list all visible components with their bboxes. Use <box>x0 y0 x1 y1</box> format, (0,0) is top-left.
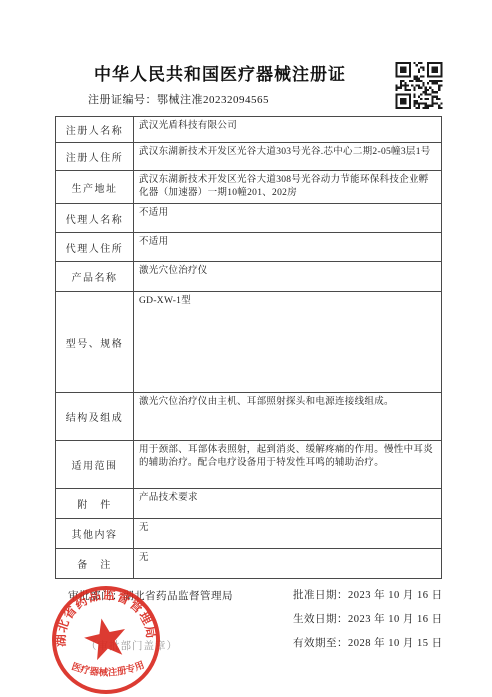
table-row: 注册人住所 武汉东湖新技术开发区光谷大道303号光谷.芯中心二期2-05幢3层1… <box>56 143 441 171</box>
row-value: 武汉东湖新技术开发区光谷大道308号光谷动力节能环保科技企业孵化器（加速器）一期… <box>134 171 441 203</box>
expiry-date-value: 2028 年 10 月 15 日 <box>348 638 443 649</box>
table-row: 适用范围 用于颈部、耳部体表照射，起到消炎、缓解疼痛的作用。慢性中耳炎的辅助治疗… <box>56 441 441 489</box>
row-label: 代理人住所 <box>56 233 134 261</box>
row-label: 附 件 <box>56 489 134 518</box>
registration-number-label: 注册证编号： <box>88 94 157 106</box>
table-row: 附 件 产品技术要求 <box>56 489 441 519</box>
row-label: 生产地址 <box>56 171 134 203</box>
registration-number-value: 鄂械注准20232094565 <box>157 94 269 106</box>
row-value: 不适用 <box>134 204 441 232</box>
certificate-title: 中华人民共和国医疗器械注册证 <box>0 60 440 85</box>
row-value: 无 <box>134 549 441 578</box>
effective-date-label: 生效日期： <box>293 614 348 625</box>
row-label: 备 注 <box>56 549 134 578</box>
approval-date-value: 2023 年 10 月 16 日 <box>348 590 443 601</box>
table-row: 生产地址 武汉东湖新技术开发区光谷大道308号光谷动力节能环保科技企业孵化器（加… <box>56 171 441 204</box>
effective-date: 生效日期：2023 年 10 月 16 日 <box>293 611 443 635</box>
row-value: GD-XW-1型 <box>134 292 441 392</box>
table-row: 结构及组成 激光穴位治疗仪由主机、耳部照射探头和电源连接线组成。 <box>56 393 441 441</box>
official-seal: 湖北省药品监督管理局 医疗器械注册专用章 <box>50 584 162 696</box>
table-row: 备 注 无 <box>56 549 441 579</box>
certificate-table: 注册人名称 武汉光盾科技有限公司 注册人住所 武汉东湖新技术开发区光谷大道303… <box>55 116 442 579</box>
row-value: 无 <box>134 519 441 548</box>
table-row: 注册人名称 武汉光盾科技有限公司 <box>56 117 441 143</box>
expiry-date-label: 有效期至： <box>293 638 348 649</box>
expiry-date: 有效期至：2028 年 10 月 15 日 <box>293 635 443 659</box>
certificate-page: 中华人民共和国医疗器械注册证 注册证编号：鄂械注准20232094565 注册人… <box>0 0 492 697</box>
row-value: 激光穴位治疗仪 <box>134 262 441 291</box>
date-block: 批准日期：2023 年 10 月 16 日 生效日期：2023 年 10 月 1… <box>293 587 443 659</box>
row-label: 结构及组成 <box>56 393 134 440</box>
row-value: 用于颈部、耳部体表照射，起到消炎、缓解疼痛的作用。慢性中耳炎的辅助治疗。配合电疗… <box>134 441 441 488</box>
table-row: 其他内容 无 <box>56 519 441 549</box>
table-row: 代理人名称 不适用 <box>56 204 441 233</box>
registration-number: 注册证编号：鄂械注准20232094565 <box>88 91 269 107</box>
approval-date: 批准日期：2023 年 10 月 16 日 <box>293 587 443 611</box>
approval-date-label: 批准日期： <box>293 590 348 601</box>
row-label: 其他内容 <box>56 519 134 548</box>
table-row: 型号、规格 GD-XW-1型 <box>56 292 441 393</box>
row-label: 产品名称 <box>56 262 134 291</box>
qr-code-icon <box>395 62 443 109</box>
row-value: 激光穴位治疗仪由主机、耳部照射探头和电源连接线组成。 <box>134 393 441 440</box>
table-row: 代理人住所 不适用 <box>56 233 441 262</box>
row-value: 产品技术要求 <box>134 489 441 518</box>
row-label: 注册人名称 <box>56 117 134 142</box>
table-row: 产品名称 激光穴位治疗仪 <box>56 262 441 292</box>
row-label: 代理人名称 <box>56 204 134 232</box>
star-icon <box>81 614 130 662</box>
row-label: 注册人住所 <box>56 143 134 170</box>
row-value: 武汉光盾科技有限公司 <box>134 117 441 142</box>
row-value: 不适用 <box>134 233 441 261</box>
row-label: 型号、规格 <box>56 292 134 392</box>
row-label: 适用范围 <box>56 441 134 488</box>
row-value: 武汉东湖新技术开发区光谷大道303号光谷.芯中心二期2-05幢3层1号 <box>134 143 441 170</box>
effective-date-value: 2023 年 10 月 16 日 <box>348 614 443 625</box>
